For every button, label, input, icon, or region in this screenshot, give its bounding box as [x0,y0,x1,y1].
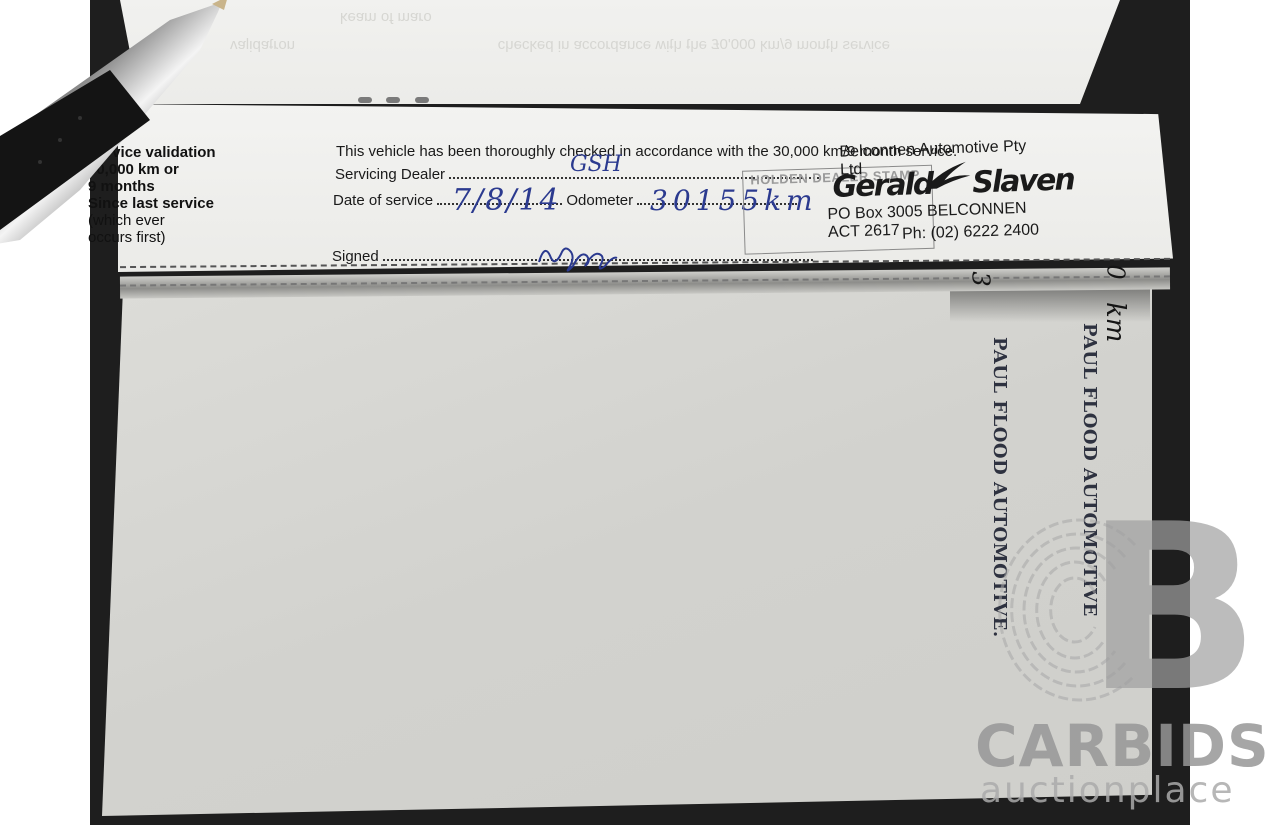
handwritten-fragment: 0 [1102,264,1130,279]
servicing-dealer-label: Servicing Dealer [335,166,445,183]
servicing-dealer-value: GSH [570,152,622,177]
brand-left: Gerald [832,167,933,205]
pen-icon [0,0,280,250]
brand-right: Slaven [972,162,1074,200]
handwritten-fragment: 3 [967,271,995,286]
swoosh-icon [922,160,973,192]
auctionplace-watermark: auctionplace [980,770,1234,811]
odometer-label: Odometer [566,192,633,209]
staple [386,97,400,103]
carbids-logo-letter: B [1085,505,1260,715]
date-of-service-label: Date of service [333,192,433,209]
date-of-service-value: 7/8/14 [452,183,561,218]
staple [415,97,429,103]
stamp-phone: Ph: (02) 6222 2400 [902,221,1039,243]
staple [358,97,372,103]
dealer-stamp: HOLDEN DEALER STAMP Belconnen Automotive… [731,135,1055,263]
signature-icon [535,236,630,276]
signed-label: Signed [332,248,379,265]
show-through-text: ǝɔᴉʌɹǝs ɥʇuoɯ 6/ɯʞ 000'0£ ǝɥʇ ɥʇᴉʍ ǝɔuɐp… [370,36,890,53]
show-through-text: oɹɐɯ ɟo ɯɐǝʞ [340,8,432,25]
handwritten-km: km [1100,302,1130,342]
